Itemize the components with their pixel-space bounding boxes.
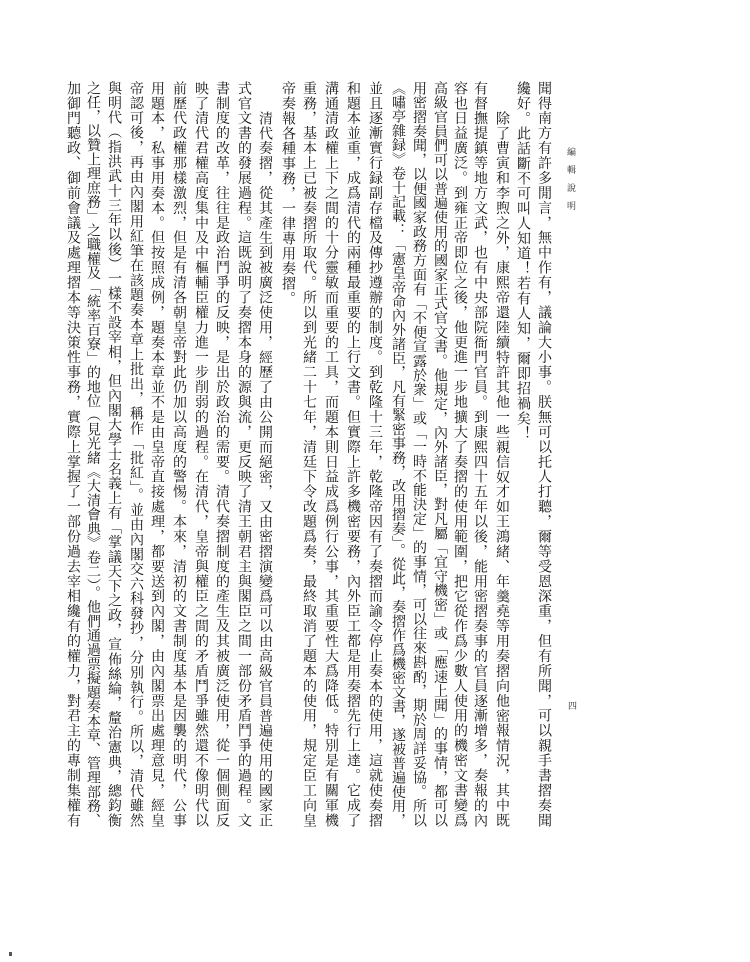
text-column: 用題本，私事用奏本。但按照成例，題奏本章並不是由皇帝直接處理，都要送到內閣，由內… bbox=[148, 81, 166, 827]
text-column: 有督撫提鎮等地方文武，也有中央部院衙門官員。到康熙四十五年以後，能用密摺奏事的官… bbox=[471, 81, 489, 827]
text-column-paragraph-end: 帝奏報各種事務，一律專用奏摺。 bbox=[279, 81, 297, 827]
text-column-paragraph-start: 除了曹寅和李煦之外，康熙帝還陸續特許其他一些親信奴才如王鴻緒、年羹堯等用奏摺向他… bbox=[493, 111, 511, 827]
text-column: 和題本並重，成爲清代的兩種最重要的上行文書。但實際上許多機密要務，內外臣工都是用… bbox=[344, 81, 362, 827]
text-column-paragraph-start: 清代奏摺，從其產生到被廣泛使用，經歷了由公開而絕密，又由密摺演變爲可以由高級官員… bbox=[256, 111, 274, 827]
text-column: 加御門聽政、御前會議及處理摺本等決策性事務，實際上掌握了一部份過去宰相纔有的權力… bbox=[64, 81, 82, 827]
text-column: 重務，基本上已被奏摺所取代。所以到光緒二十七年，清廷下令改題爲奏，最終取消了題本… bbox=[300, 81, 318, 827]
text-column: 前歷代政權那樣激烈，但是有清各朝皇帝對此仍加以高度的警惕。本來，清初的文書制度基… bbox=[170, 81, 188, 827]
text-column-paragraph-end: 纔好。此話斷不可叫人知道！若有人知，爾即招禍矣！ bbox=[514, 81, 532, 827]
text-column: 《嘯亭雜録》卷十記載：「憲皇帝命內外諸臣，凡有緊密事務，改用摺奏」。從此，奏摺作… bbox=[389, 81, 407, 827]
text-column: 並且逐漸實行録副存檔及傳抄遵辦的制度。到乾隆十三年，乾隆帝因有了奏摺而諭令停止奏… bbox=[366, 81, 384, 827]
text-column: 書制度的改革，往往是政治鬥爭的反映，是出於政治的需要。清代奏摺制度的產生及其被廣… bbox=[213, 81, 231, 827]
text-column: 與明代（指洪武十三年以後）一樣不設宰相，但內閣大學士名義上有「掌議天下之政，宣佈… bbox=[105, 81, 123, 827]
text-column: 式官文書的發展過程。這既說明了奏摺本身的源與流，更反映了清王朝君主與閣臣之間一部… bbox=[235, 81, 253, 827]
text-column: 高級官員們可以普遍使用的國家正式官文書。他規定，內外諸臣，對凡屬「宜守機密」或「… bbox=[431, 81, 449, 827]
text-column: 聞得南方有許多閒言，無中作有，議論大小事。朕無可以托人打聽，爾等受恩深重，但有所… bbox=[535, 81, 553, 827]
scan-speck bbox=[9, 952, 12, 956]
text-column: 之任，以贊上理庶務」之職權及「統率百寮」的地位（見光緒《大清會典》卷二）。他們通… bbox=[84, 81, 102, 827]
text-column: 容也日益廣泛。到雍正帝即位之後，他更進一步地擴大了奏摺的使用範圍，把它從作爲少數… bbox=[451, 81, 469, 827]
text-column: 映了清代君權高度集中及中樞輔臣權力進一步削弱的過程。在清代，皇帝與權臣之間的矛盾… bbox=[192, 81, 210, 827]
body-text: 聞得南方有許多閒言，無中作有，議論大小事。朕無可以托人打聽，爾等受恩深重，但有所… bbox=[0, 0, 750, 962]
scanned-book-page: 編輯說明 四 聞得南方有許多閒言，無中作有，議論大小事。朕無可以托人打聽，爾等受… bbox=[0, 0, 750, 962]
text-column: 用密摺奏聞，以便國家政務方面有「不便宣露於衆」或「一時不能決定」的事情，可以往來… bbox=[410, 81, 428, 827]
text-column: 溝通清政權上下之間的十分靈敏而重要的工具，而題本則日益成爲例行公事，其重要性大爲… bbox=[322, 81, 340, 827]
text-column: 帝認可後，再由內閣用紅筆在該題奏本章上批出，稱作「批紅」。並由內閣交六科發抄，分… bbox=[127, 81, 145, 827]
